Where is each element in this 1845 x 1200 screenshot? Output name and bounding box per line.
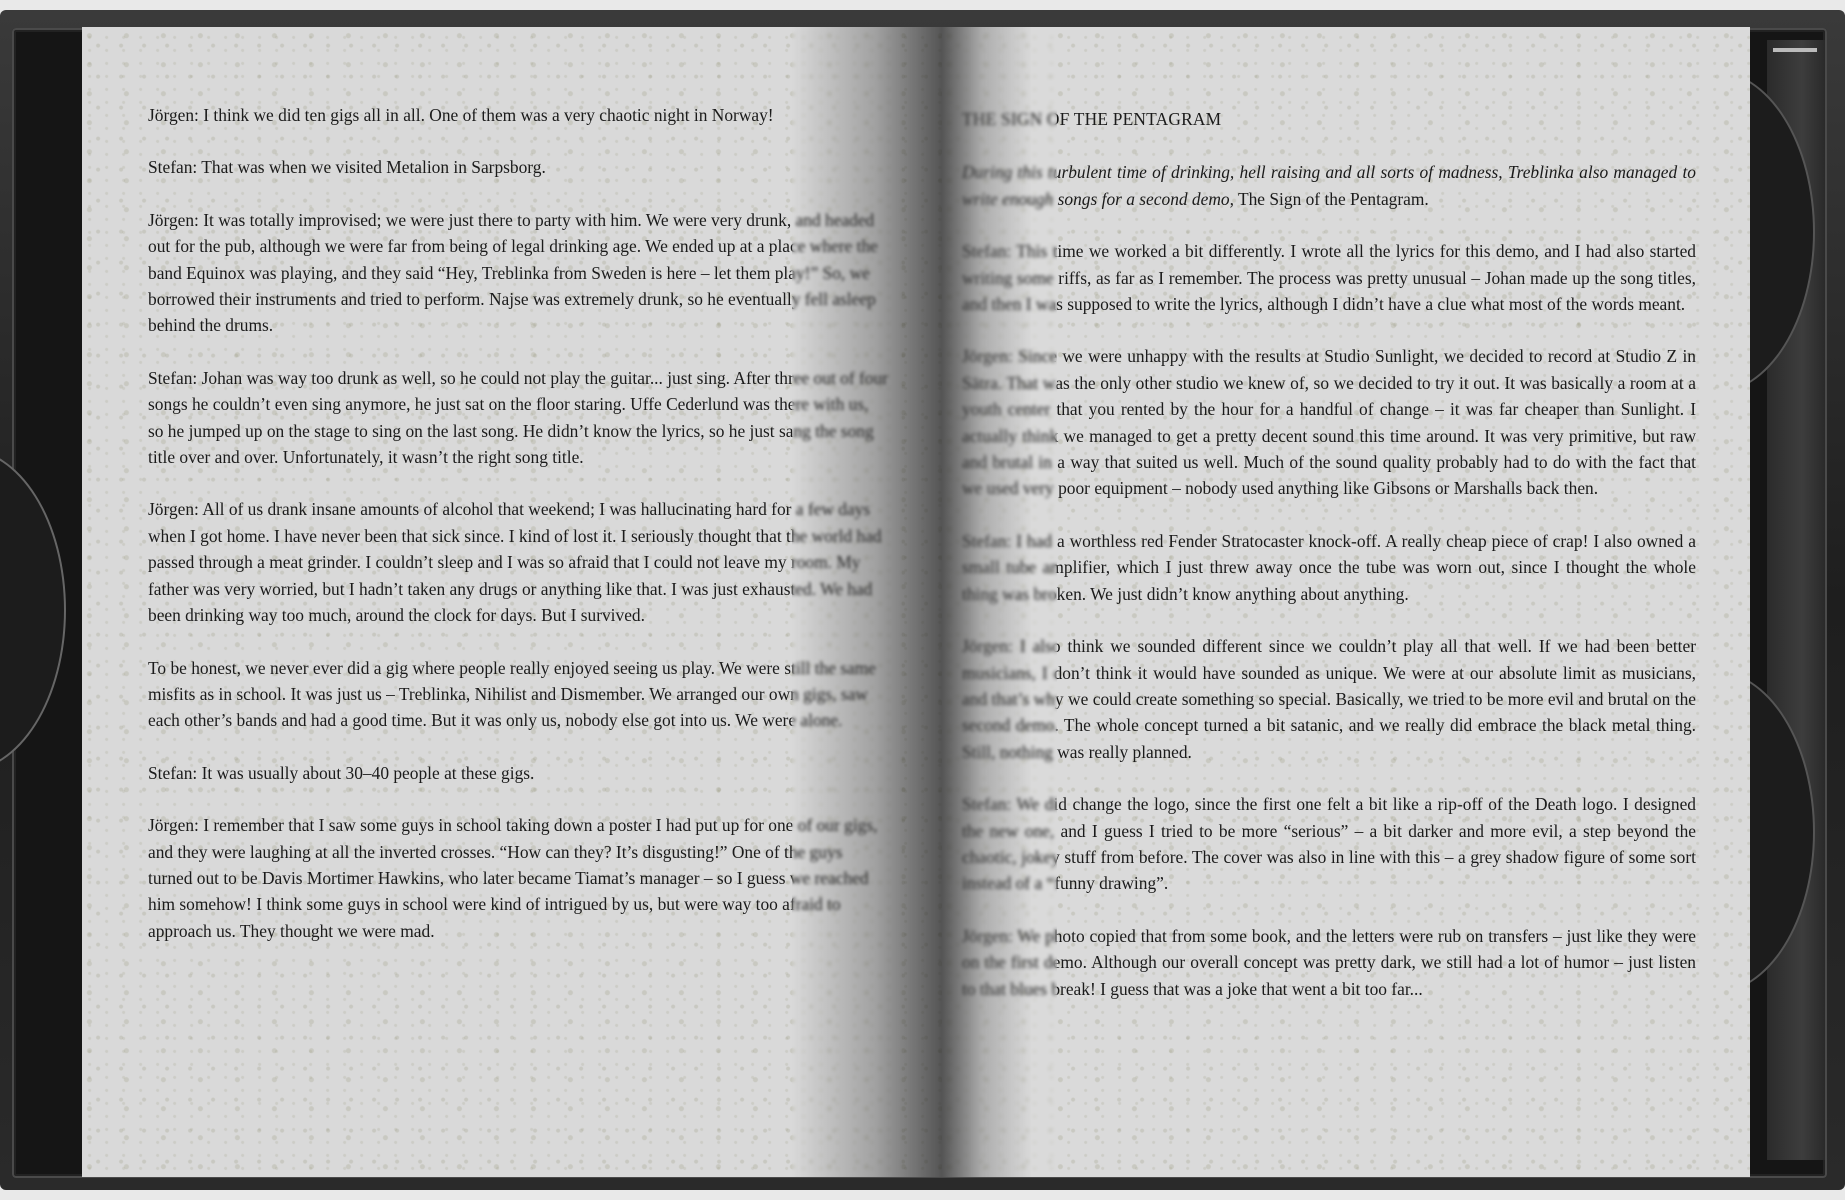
paragraph: Stefan: We did change the logo, since th… bbox=[962, 791, 1696, 897]
paragraph: Stefan: Johan was way too drunk as well,… bbox=[148, 365, 888, 471]
left-page-text: Jörgen: I think we did ten gigs all in a… bbox=[148, 102, 888, 970]
intro-paragraph: During this turbulent time of drinking, … bbox=[962, 159, 1696, 212]
paragraph: Jörgen: All of us drank insane amounts o… bbox=[148, 496, 888, 628]
paragraph: Jörgen: It was totally improvised; we we… bbox=[148, 207, 888, 339]
booklet-page-left: Jörgen: I think we did ten gigs all in a… bbox=[82, 27, 942, 1177]
paragraph: To be honest, we never ever did a gig wh… bbox=[148, 655, 888, 734]
paragraph: Jörgen: We photo copied that from some b… bbox=[962, 923, 1696, 1002]
paragraph: Jörgen: I remember that I saw some guys … bbox=[148, 812, 888, 944]
paragraph: Jörgen: Since we were unhappy with the r… bbox=[962, 343, 1696, 501]
right-page-text: THE SIGN OF THE PENTAGRAM During this tu… bbox=[962, 106, 1696, 1028]
paragraph: Stefan: This time we worked a bit differ… bbox=[962, 238, 1696, 317]
disc-edge-left bbox=[0, 448, 66, 772]
paragraph: Jörgen: I think we did ten gigs all in a… bbox=[148, 102, 888, 128]
demo-title: The Sign of the Pentagram. bbox=[1234, 189, 1429, 209]
paragraph: Stefan: That was when we visited Metalio… bbox=[148, 154, 888, 180]
tray-tab bbox=[1773, 48, 1817, 52]
section-heading: THE SIGN OF THE PENTAGRAM bbox=[962, 106, 1696, 132]
paragraph: Stefan: It was usually about 30–40 peopl… bbox=[148, 760, 888, 786]
paragraph: Stefan: I had a worthless red Fender Str… bbox=[962, 528, 1696, 607]
paragraph: Jörgen: I also think we sounded differen… bbox=[962, 633, 1696, 765]
booklet-page-right: THE SIGN OF THE PENTAGRAM During this tu… bbox=[942, 27, 1750, 1177]
